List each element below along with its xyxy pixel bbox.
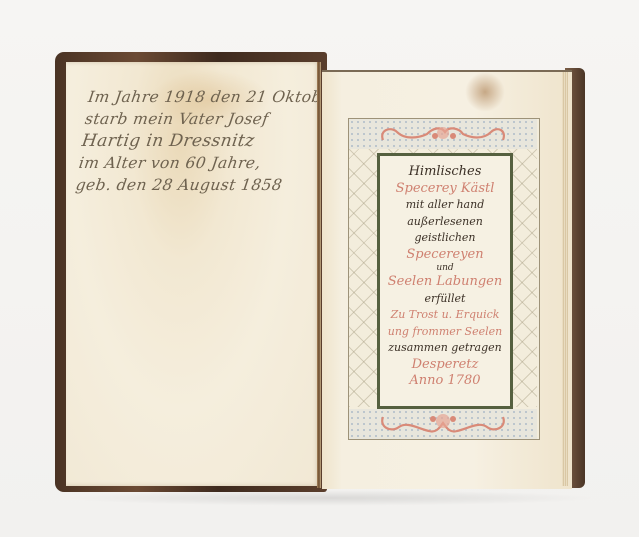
note-line: im Alter von 60 Jahre, [77,152,315,174]
right-page-stain [465,72,505,112]
scroll-ornament-icon [375,411,511,435]
note-line: geb. den 28 August 1858 [74,174,312,196]
note-line: Im Jahre 1918 den 21 Oktob. [87,86,325,108]
title-line: geistlichen [380,230,510,247]
note-line: starb mein Vater Josef [84,108,322,130]
page-edges [562,72,568,486]
top-ornament-band [349,119,537,149]
title-line: ung frommer Seelen [380,324,510,341]
title-line: Specereyen [380,247,510,264]
title-line: Anno 1780 [380,373,510,390]
book-shadow [60,490,600,506]
title-line: Specerey Kästl [380,181,510,198]
title-page-frame: Himlisches Specerey Kästl mit aller hand… [348,118,540,440]
title-line: erfüllet [380,291,510,308]
note-line: Hartig in Dressnitz [80,130,318,152]
title-line: zusammen getragen [380,340,510,357]
title-line: und [380,263,510,274]
title-line: mit aller hand [380,197,510,214]
book-gutter [317,62,321,488]
handwritten-note: Im Jahre 1918 den 21 Oktob. starb mein V… [74,86,324,196]
title-line: Zu Trost u. Erquick [380,307,510,324]
title-line: Desperetz [380,357,510,374]
scroll-ornament-icon [375,122,511,146]
title-panel: Himlisches Specerey Kästl mit aller hand… [377,153,513,409]
title-line: Seelen Labungen [380,274,510,291]
bottom-ornament-band [349,409,537,439]
title-line: außerlesenen [380,214,510,231]
title-line: Himlisches [380,164,510,181]
